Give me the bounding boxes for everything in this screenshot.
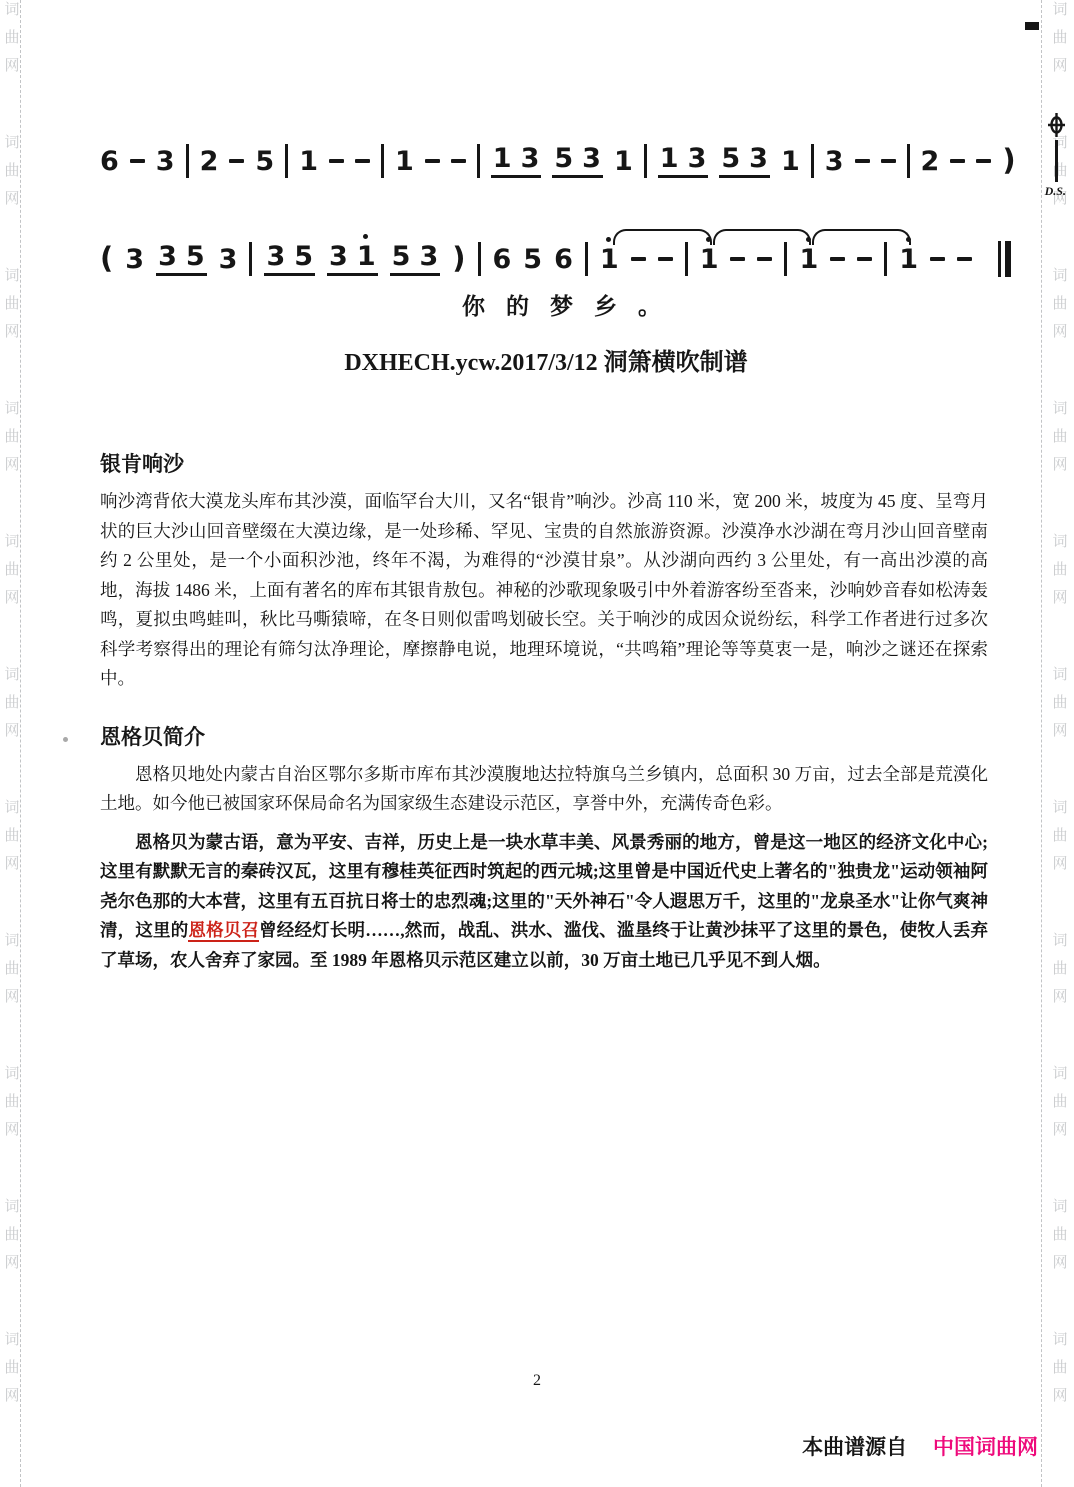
octave-dot xyxy=(606,237,611,242)
barline-icon xyxy=(907,144,910,178)
watermark-char: 词 xyxy=(4,933,19,948)
source-footer: 本曲谱源自 中国词曲网 xyxy=(802,1431,1038,1461)
watermark-char: 词 xyxy=(4,1199,19,1214)
watermark-text: 词曲网 xyxy=(4,800,19,871)
note-digit: 6 xyxy=(100,148,119,175)
watermark-char: 词 xyxy=(1052,1199,1067,1214)
note-digit: 5 xyxy=(255,148,274,175)
watermark-char: 曲 xyxy=(1052,296,1067,311)
dash-note xyxy=(855,159,870,163)
watermark-char: 网 xyxy=(1052,58,1067,73)
note-digit: 5 xyxy=(186,243,205,270)
watermark-char: 词 xyxy=(4,534,19,549)
note-35: 35 xyxy=(156,243,207,276)
page-number: 2 xyxy=(0,1372,1074,1390)
right-margin-dashed-line xyxy=(1041,0,1042,1487)
final-barline-icon xyxy=(998,241,1011,277)
coda-icon xyxy=(1047,113,1066,137)
dash-note xyxy=(425,159,440,163)
watermark-char: 网 xyxy=(1052,324,1067,339)
watermark-char: 曲 xyxy=(4,163,19,178)
watermark-char: 词 xyxy=(4,1066,19,1081)
note-35: 35 xyxy=(264,243,315,276)
note-digit: 1 xyxy=(614,148,633,175)
dash-note xyxy=(957,257,972,261)
watermark-char: 网 xyxy=(1052,856,1067,871)
watermark-char: 词 xyxy=(1052,401,1067,416)
note-digit: 3 xyxy=(688,145,707,172)
tie-arc xyxy=(713,229,811,245)
note-1: 1 xyxy=(700,246,719,273)
watermark-char: 网 xyxy=(4,989,19,1004)
body-paragraph: 恩格贝为蒙古语，意为平安、吉祥，历史上是一块水草丰美、风景秀丽的地方，曾是这一地… xyxy=(100,828,988,976)
watermark-text: 词曲网 xyxy=(4,1066,19,1137)
note-digit: 3 xyxy=(749,145,768,172)
watermark-char: 网 xyxy=(4,1388,19,1403)
watermark-char: 曲 xyxy=(4,1094,19,1109)
watermark-char: 网 xyxy=(1052,723,1067,738)
dash-note xyxy=(451,159,466,163)
note-digit: 3 xyxy=(329,243,348,270)
body-paragraph: 恩格贝地处内蒙古自治区鄂尔多斯市库布其沙漠腹地达拉特旗乌兰乡镇内，总面积 30 … xyxy=(100,760,988,819)
note-digit: 3 xyxy=(158,243,177,270)
note-13: 13 xyxy=(658,145,709,178)
barline-icon xyxy=(285,144,288,178)
watermark-char: 词 xyxy=(4,135,19,150)
watermark-text: 词曲网 xyxy=(4,268,19,339)
section-heading: 银肯响沙 xyxy=(100,448,988,478)
watermark-char: 词 xyxy=(1052,800,1067,815)
barline-icon xyxy=(585,242,588,276)
note-digit: 5 xyxy=(523,246,542,273)
watermark-text: 词曲网 xyxy=(1052,401,1067,472)
watermark-char: 曲 xyxy=(4,695,19,710)
barline-icon xyxy=(478,242,481,276)
watermark-column-right: 词曲网词曲网词曲网词曲网词曲网词曲网词曲网词曲网词曲网词曲网词曲网 xyxy=(1050,2,1070,1465)
watermark-char: 网 xyxy=(4,590,19,605)
watermark-char: 网 xyxy=(4,191,19,206)
watermark-text: 词曲网 xyxy=(1052,2,1067,73)
jianpu-line-2: (3353353153)6561111 xyxy=(100,236,1011,282)
dash-note xyxy=(830,257,845,261)
watermark-char: 网 xyxy=(4,856,19,871)
note-digit: 3 xyxy=(219,246,238,273)
paragraph-text: 恩格贝地处内蒙古自治区鄂尔多斯市库布其沙漠腹地达拉特旗乌兰乡镇内，总面积 30 … xyxy=(100,764,988,814)
note-digit: 1 xyxy=(299,148,318,175)
watermark-char: 曲 xyxy=(4,1227,19,1242)
tie-arc xyxy=(613,229,712,245)
watermark-char: 曲 xyxy=(1052,30,1067,45)
note-13: 13 xyxy=(491,145,542,178)
footer-site-name[interactable]: 中国词曲网 xyxy=(933,1436,1038,1459)
note-3: 3 xyxy=(156,148,175,175)
note-digit: 1 xyxy=(660,145,679,172)
dash-note xyxy=(881,159,896,163)
watermark-text: 词曲网 xyxy=(1052,1066,1067,1137)
note-digit: 1 xyxy=(700,246,719,273)
dash-note xyxy=(976,159,991,163)
note-6: 6 xyxy=(554,246,573,273)
note-31: 31 xyxy=(327,243,378,276)
note-5: 5 xyxy=(255,148,274,175)
note-digit: 3 xyxy=(825,148,844,175)
parenthesis-mark: ) xyxy=(1002,145,1015,177)
dash-note xyxy=(329,159,344,163)
note-digit: 3 xyxy=(582,145,601,172)
watermark-char: 词 xyxy=(1052,1066,1067,1081)
barline-icon xyxy=(784,242,787,276)
highlighted-red-term: 恩格贝召 xyxy=(188,920,259,942)
note-digit: 5 xyxy=(392,243,411,270)
parenthesis-mark: ) xyxy=(452,243,465,275)
watermark-char: 网 xyxy=(4,58,19,73)
watermark-char: 曲 xyxy=(4,828,19,843)
note-digit: 1 xyxy=(600,246,619,273)
watermark-char: 网 xyxy=(1052,1122,1067,1137)
barline-icon xyxy=(644,144,647,178)
watermark-char: 曲 xyxy=(1052,562,1067,577)
watermark-char: 曲 xyxy=(1052,1094,1067,1109)
barline-icon xyxy=(884,242,887,276)
watermark-char: 曲 xyxy=(4,30,19,45)
watermark-char: 曲 xyxy=(1052,429,1067,444)
watermark-text: 词曲网 xyxy=(1052,1199,1067,1270)
footer-prefix-label: 本曲谱源自 xyxy=(802,1436,907,1459)
note-3: 3 xyxy=(219,246,238,273)
note-53: 53 xyxy=(719,145,770,178)
watermark-char: 网 xyxy=(4,324,19,339)
watermark-text: 词曲网 xyxy=(1052,800,1067,871)
note-3: 3 xyxy=(825,148,844,175)
watermark-text: 词曲网 xyxy=(1052,667,1067,738)
barline-icon xyxy=(477,144,480,178)
watermark-char: 曲 xyxy=(4,562,19,577)
note-digit: 1 xyxy=(395,148,414,175)
note-digit: 1 xyxy=(357,243,376,270)
dash-note xyxy=(229,159,244,163)
paragraph-text: 响沙湾背依大漠龙头库布其沙漠，面临罕台大川，又名“银肯”响沙。沙高 110 米，… xyxy=(100,491,988,688)
watermark-char: 词 xyxy=(4,268,19,283)
watermark-char: 曲 xyxy=(1052,961,1067,976)
note-digit: 3 xyxy=(521,145,540,172)
parenthesis-mark: ( xyxy=(100,243,113,275)
note-digit: 5 xyxy=(721,145,740,172)
watermark-text: 词曲网 xyxy=(4,401,19,472)
note-1: 1 xyxy=(614,148,633,175)
watermark-char: 曲 xyxy=(1052,828,1067,843)
note-digit: 5 xyxy=(294,243,313,270)
dal-segno-label: D.S. xyxy=(1045,184,1066,199)
scanned-sheet-music-page: { "page": { "number": "2" }, "colors": {… xyxy=(0,0,1074,1487)
watermark-char: 网 xyxy=(4,1122,19,1137)
note-1: 1 xyxy=(781,148,800,175)
note-digit: 2 xyxy=(200,148,219,175)
watermark-text: 词曲网 xyxy=(4,1332,19,1403)
jianpu-line-1: 632511135311353132)D.S. xyxy=(100,138,1058,184)
note-digit: 1 xyxy=(781,148,800,175)
note-digit: 6 xyxy=(493,246,512,273)
watermark-char: 曲 xyxy=(4,429,19,444)
article-text-column: 银肯响沙响沙湾背依大漠龙头库布其沙漠，面临罕台大川，又名“银肯”响沙。沙高 11… xyxy=(100,448,988,975)
barline-icon xyxy=(381,144,384,178)
octave-dot xyxy=(363,234,368,239)
note-1: 1 xyxy=(899,246,918,273)
barline-icon xyxy=(249,242,252,276)
watermark-char: 词 xyxy=(1052,1332,1067,1347)
dash-note xyxy=(950,159,965,163)
coda-barline: D.S. xyxy=(1055,140,1058,182)
watermark-char: 词 xyxy=(4,2,19,17)
note-3: 3 xyxy=(125,246,144,273)
watermark-char: 词 xyxy=(1052,268,1067,283)
scan-artifact-dot xyxy=(63,737,68,742)
watermark-char: 网 xyxy=(4,1255,19,1270)
watermark-char: 曲 xyxy=(1052,695,1067,710)
watermark-char: 网 xyxy=(4,457,19,472)
note-digit: 3 xyxy=(419,243,438,270)
barline-icon xyxy=(685,242,688,276)
watermark-char: 网 xyxy=(1052,590,1067,605)
body-paragraph: 响沙湾背依大漠龙头库布其沙漠，面临罕台大川，又名“银肯”响沙。沙高 110 米，… xyxy=(100,487,988,694)
watermark-text: 词曲网 xyxy=(1052,268,1067,339)
scan-artifact-blot xyxy=(1025,22,1039,30)
note-digit: 3 xyxy=(125,246,144,273)
watermark-char: 网 xyxy=(1052,1255,1067,1270)
watermark-char: 词 xyxy=(1052,933,1067,948)
watermark-char: 词 xyxy=(4,667,19,682)
watermark-char: 曲 xyxy=(1052,1227,1067,1242)
note-1: 1 xyxy=(395,148,414,175)
note-53: 53 xyxy=(552,145,603,178)
lyrics-line: 你的梦乡。 xyxy=(462,288,682,321)
note-digit: 1 xyxy=(493,145,512,172)
watermark-char: 网 xyxy=(1052,989,1067,1004)
watermark-text: 词曲网 xyxy=(1052,1332,1067,1403)
dash-note xyxy=(757,257,772,261)
barline-icon xyxy=(186,144,189,178)
watermark-char: 网 xyxy=(1052,457,1067,472)
transcriber-credit: DXHECH.ycw.2017/3/12 洞箫横吹制谱 xyxy=(100,342,992,377)
barline-icon xyxy=(811,144,814,178)
watermark-char: 词 xyxy=(1052,534,1067,549)
note-6: 6 xyxy=(493,246,512,273)
note-1: 1 xyxy=(600,246,619,273)
watermark-char: 曲 xyxy=(4,296,19,311)
watermark-char: 网 xyxy=(4,723,19,738)
watermark-text: 词曲网 xyxy=(4,2,19,73)
note-53: 53 xyxy=(390,243,441,276)
watermark-text: 词曲网 xyxy=(4,534,19,605)
watermark-char: 曲 xyxy=(4,961,19,976)
watermark-char: 词 xyxy=(4,800,19,815)
tie-arc xyxy=(812,229,911,245)
dash-note xyxy=(355,159,370,163)
watermark-char: 网 xyxy=(1052,1388,1067,1403)
watermark-char: 词 xyxy=(1052,2,1067,17)
note-2: 2 xyxy=(921,148,940,175)
dash-note xyxy=(930,257,945,261)
watermark-text: 词曲网 xyxy=(4,667,19,738)
watermark-char: 词 xyxy=(4,401,19,416)
note-2: 2 xyxy=(200,148,219,175)
note-1: 1 xyxy=(799,246,818,273)
note-6: 6 xyxy=(100,148,119,175)
dash-note xyxy=(857,257,872,261)
note-digit: 3 xyxy=(156,148,175,175)
watermark-char: 词 xyxy=(1052,667,1067,682)
note-5: 5 xyxy=(523,246,542,273)
section-heading: 恩格贝简介 xyxy=(100,721,988,751)
note-digit: 2 xyxy=(921,148,940,175)
note-1: 1 xyxy=(299,148,318,175)
note-digit: 3 xyxy=(266,243,285,270)
watermark-text: 词曲网 xyxy=(1052,933,1067,1004)
note-digit: 1 xyxy=(799,246,818,273)
watermark-text: 词曲网 xyxy=(4,933,19,1004)
dash-note xyxy=(631,257,646,261)
note-digit: 1 xyxy=(899,246,918,273)
watermark-char: 词 xyxy=(4,1332,19,1347)
dash-note xyxy=(130,159,145,163)
note-digit: 5 xyxy=(554,145,573,172)
note-digit: 6 xyxy=(554,246,573,273)
watermark-column-left: 词曲网词曲网词曲网词曲网词曲网词曲网词曲网词曲网词曲网词曲网词曲网 xyxy=(2,2,22,1465)
watermark-text: 词曲网 xyxy=(4,1199,19,1270)
dash-note xyxy=(730,257,745,261)
dash-note xyxy=(658,257,673,261)
watermark-text: 词曲网 xyxy=(1052,534,1067,605)
watermark-text: 词曲网 xyxy=(4,135,19,206)
